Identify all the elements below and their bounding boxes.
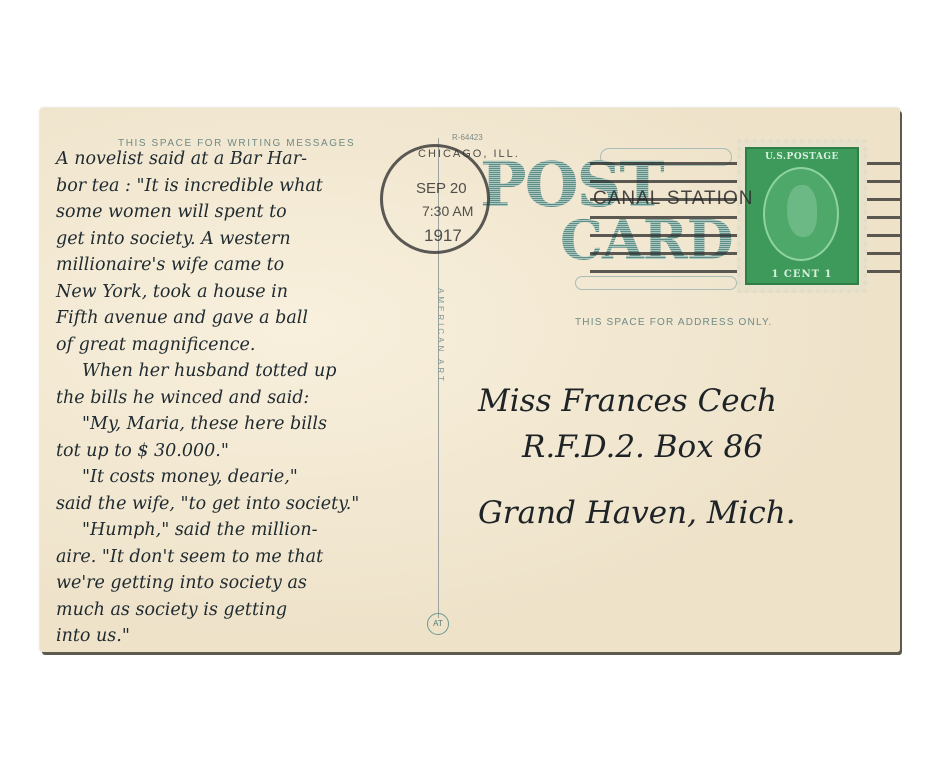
flourish-bottom: [575, 276, 737, 290]
message-line: "It costs money, dearie,": [56, 464, 446, 491]
message-line: into us.": [56, 623, 446, 650]
message-line: aire. "It don't seem to me that: [56, 544, 446, 571]
serial-number: R-64423: [452, 133, 483, 142]
postmark-year: 1917: [424, 226, 462, 246]
message-line: get into society. A western: [56, 226, 446, 253]
message-line: New York, took a house in: [56, 279, 446, 306]
stamp-top-text: U.S.POSTAGE: [747, 152, 857, 162]
stamp-denomination: 1 CENT 1: [747, 269, 857, 280]
message-line: A novelist said at a Bar Har-: [56, 146, 446, 173]
message-line: "My, Maria, these here bills: [56, 411, 446, 438]
postmark-date: SEP 20: [416, 180, 467, 197]
cancel-station-text: CANAL STATION: [593, 188, 753, 210]
recipient-name: Miss Frances Cech: [478, 378, 796, 424]
stamp-portrait-icon: [763, 167, 839, 261]
address-space-header: THIS SPACE FOR ADDRESS ONLY.: [575, 317, 773, 328]
message-line: said the wife, "to get into society.": [56, 491, 446, 518]
message-line: much as society is getting: [56, 597, 446, 624]
message-line: of great magnificence.: [56, 332, 446, 359]
recipient-address: Miss Frances Cech R.F.D.2. Box 86 Grand …: [478, 378, 796, 536]
postmark-city: CHICAGO, ILL.: [418, 148, 520, 160]
postcard-back: THIS SPACE FOR WRITING MESSAGES R-64423 …: [40, 108, 900, 652]
postmark-time: 7:30 AM: [422, 203, 473, 219]
message-line: the bills he winced and said:: [56, 385, 446, 412]
message-line: When her husband totted up: [56, 358, 446, 385]
message-line: Fifth avenue and gave a ball: [56, 305, 446, 332]
recipient-route: R.F.D.2. Box 86: [478, 424, 796, 470]
message-line: we're getting into society as: [56, 570, 446, 597]
message-line: millionaire's wife came to: [56, 252, 446, 279]
message-line: tot up to $ 30.000.": [56, 438, 446, 465]
message-line: "Humph," said the million-: [56, 517, 446, 544]
postage-stamp: U.S.POSTAGE 1 CENT 1: [737, 139, 867, 293]
recipient-city: Grand Haven, Mich.: [478, 490, 796, 536]
